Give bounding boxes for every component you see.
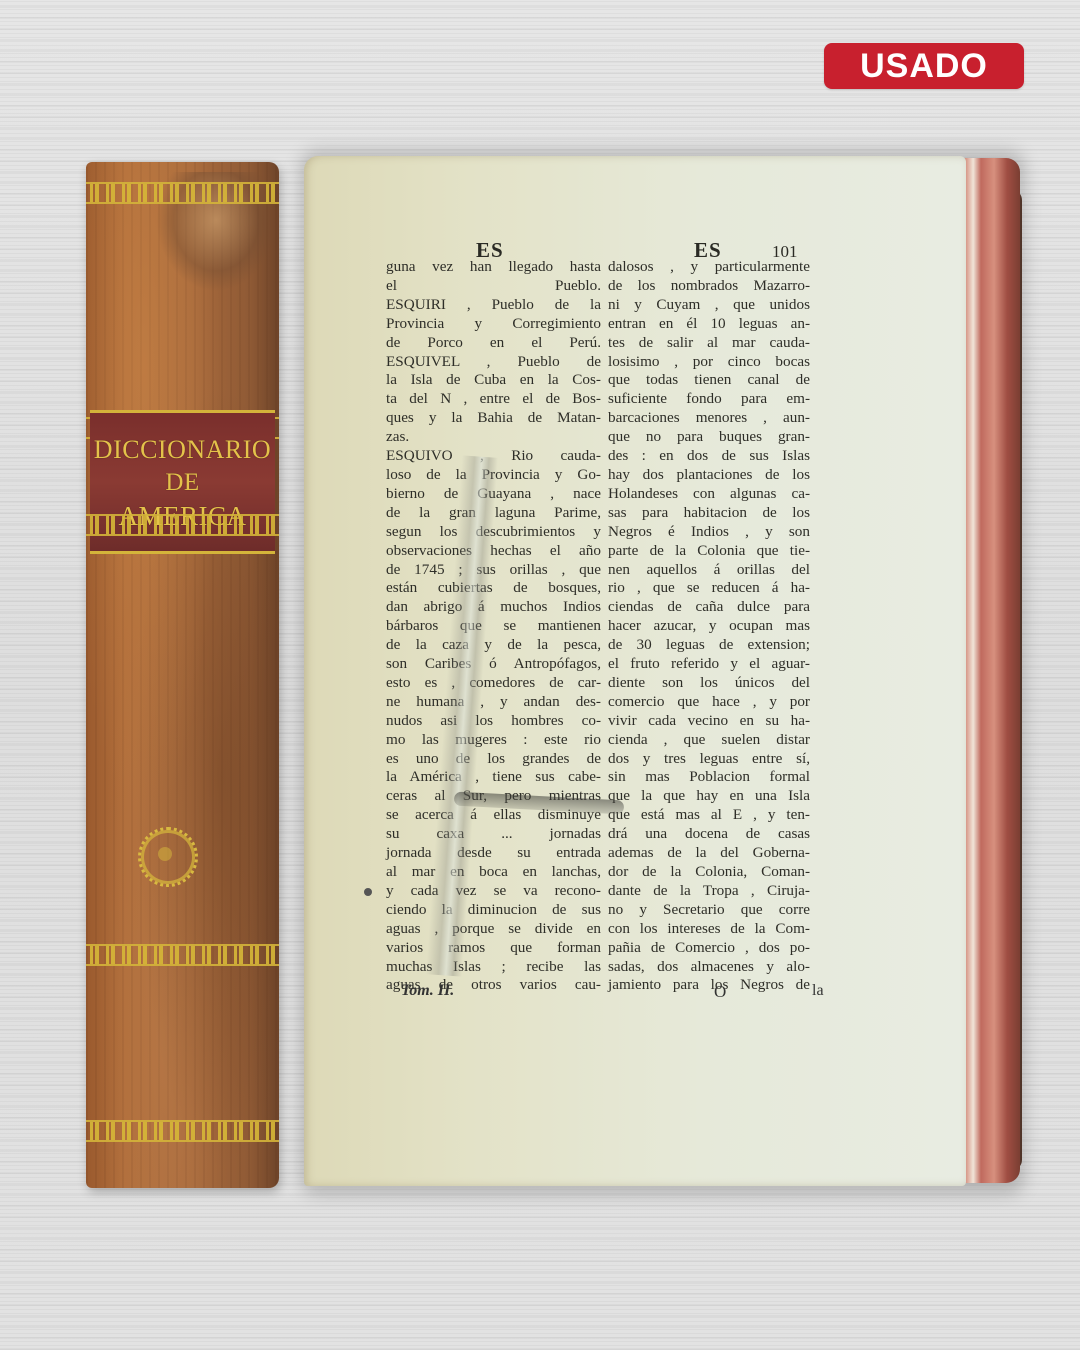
text-line: son Caribes ó Antropófagos, [386, 655, 601, 674]
text-line: están cubiertas de bosques, [386, 579, 601, 598]
text-line: losisimo , por cinco bocas [608, 353, 810, 372]
text-line: dalosos , y particularmente [608, 258, 810, 277]
text-line: zas. [386, 428, 601, 447]
gilt-band-lower [86, 514, 279, 536]
text-line: de 30 leguas de extension; [608, 636, 810, 655]
text-line: Holandeses con algunas ca- [608, 485, 810, 504]
gilt-band-bottom-2 [86, 1120, 279, 1142]
text-line: vivir cada vecino en su ha- [608, 712, 810, 731]
text-line: segun los descubrimientos y [386, 523, 601, 542]
book-spine: DICCIONARIO DE AMERICA [86, 162, 279, 1188]
spine-title-line-2: DE [90, 469, 275, 497]
text-line: comercio que hace , y por [608, 693, 810, 712]
text-line: parte de la Colonia que tie- [608, 542, 810, 561]
text-line: ne humana , y andan des- [386, 693, 601, 712]
gilt-rosette-icon [138, 827, 198, 887]
open-book-page: ES ES 101 guna vez han llegado hastael P… [304, 156, 966, 1186]
condition-badge: USADO [824, 43, 1024, 89]
text-line: el fruto referido y el aguar- [608, 655, 810, 674]
text-line: drá una docena de casas [608, 825, 810, 844]
volume-signature: Tom. II. [401, 982, 454, 1000]
text-line: no y Secretario que corre [608, 901, 810, 920]
text-line: el Pueblo. [386, 277, 601, 296]
text-line: ciendo la diminucion de sus [386, 901, 601, 920]
text-line: que la que hay en una Isla [608, 787, 810, 806]
text-line: varios ramos que forman [386, 939, 601, 958]
text-line: ESQUIVEL , Pueblo de [386, 353, 601, 372]
text-line: Provincia y Corregimiento [386, 315, 601, 334]
text-line: de Porco en el Perú. [386, 334, 601, 353]
text-line: dos y tres leguas entre sí, [608, 750, 810, 769]
text-line: rio , que se reducen á ha- [608, 579, 810, 598]
text-line: ciendas de caña dulce para [608, 598, 810, 617]
text-line: dor de la Colonia, Coman- [608, 863, 810, 882]
text-line: nen aquellos á orillas del [608, 561, 810, 580]
gathering-signature: O [714, 982, 726, 1002]
text-line: guna vez han llegado hasta [386, 258, 601, 277]
text-line: entran en él 10 leguas an- [608, 315, 810, 334]
text-line: diente son los únicos del [608, 674, 810, 693]
text-line: y cada vez se va recono- [386, 882, 601, 901]
condition-badge-label: USADO [860, 47, 988, 86]
catchword: la [812, 982, 824, 1000]
gilt-band-bottom-1 [86, 944, 279, 966]
text-line: la Isla de Cuba en la Cos- [386, 371, 601, 390]
text-line: cienda , que suelen distar [608, 731, 810, 750]
text-line: jornada desde su entrada [386, 844, 601, 863]
text-line: jamiento para los Negros de [608, 976, 810, 995]
text-line: de 1745 ; sus orillas , que [386, 561, 601, 580]
text-line: mo las mugeres : este rio [386, 731, 601, 750]
left-text-column: guna vez han llegado hastael Pueblo.ESQU… [386, 258, 601, 995]
text-line: tes de salir al mar cauda- [608, 334, 810, 353]
text-line: la América , tiene sus cabe- [386, 768, 601, 787]
text-line: que está mas al E , y ten- [608, 806, 810, 825]
text-line: que todas tienen canal de [608, 371, 810, 390]
text-line: aguas , porque se divide en [386, 920, 601, 939]
text-line: sas para habitacion de los [608, 504, 810, 523]
text-line: dan abrigo á muchos Indios [386, 598, 601, 617]
text-line: ESQUIRI , Pueblo de la [386, 296, 601, 315]
text-line: suficiente fondo para em- [608, 390, 810, 409]
text-line: que no para buques gran- [608, 428, 810, 447]
text-line: hacer azucar, y ocupan mas [608, 617, 810, 636]
text-line: bárbaros que se mantienen [386, 617, 601, 636]
text-line: des : en dos de sus Islas [608, 447, 810, 466]
text-line: de la caza y de la pesca, [386, 636, 601, 655]
text-line: esto es , comedores de car- [386, 674, 601, 693]
text-line: sin mas Poblacion formal [608, 768, 810, 787]
text-line: Negros é Indios , y son [608, 523, 810, 542]
text-line: sadas, dos almacenes y alo- [608, 958, 810, 977]
text-line: su caxa ... jornadas [386, 825, 601, 844]
text-line: de los nombrados Mazarro- [608, 277, 810, 296]
gilt-band-top [86, 182, 279, 204]
text-line: ta del N , entre el de Bos- [386, 390, 601, 409]
text-line: observaciones hechas el año [386, 542, 601, 561]
text-line: pañia de Comercio , dos po- [608, 939, 810, 958]
text-line: con los intereses de la Com- [608, 920, 810, 939]
text-line: barcaciones menores , aun- [608, 409, 810, 428]
spine-title-line-1: DICCIONARIO [90, 435, 275, 465]
text-line: ademas de la del Goberna- [608, 844, 810, 863]
right-text-column: dalosos , y particularmentede los nombra… [608, 258, 810, 995]
text-line: es uno de los grandes de [386, 750, 601, 769]
text-line: hay dos plantaciones de los [608, 466, 810, 485]
text-line: nudos asi los hombres co- [386, 712, 601, 731]
text-line: muchas Islas ; recibe las [386, 958, 601, 977]
text-line: dante de la Tropa , Ciruja- [608, 882, 810, 901]
text-line: ques y la Bahia de Matan- [386, 409, 601, 428]
text-line: al mar en boca en lanchas, [386, 863, 601, 882]
ink-spot [364, 888, 372, 896]
text-line: ni y Cuyam , que unidos [608, 296, 810, 315]
